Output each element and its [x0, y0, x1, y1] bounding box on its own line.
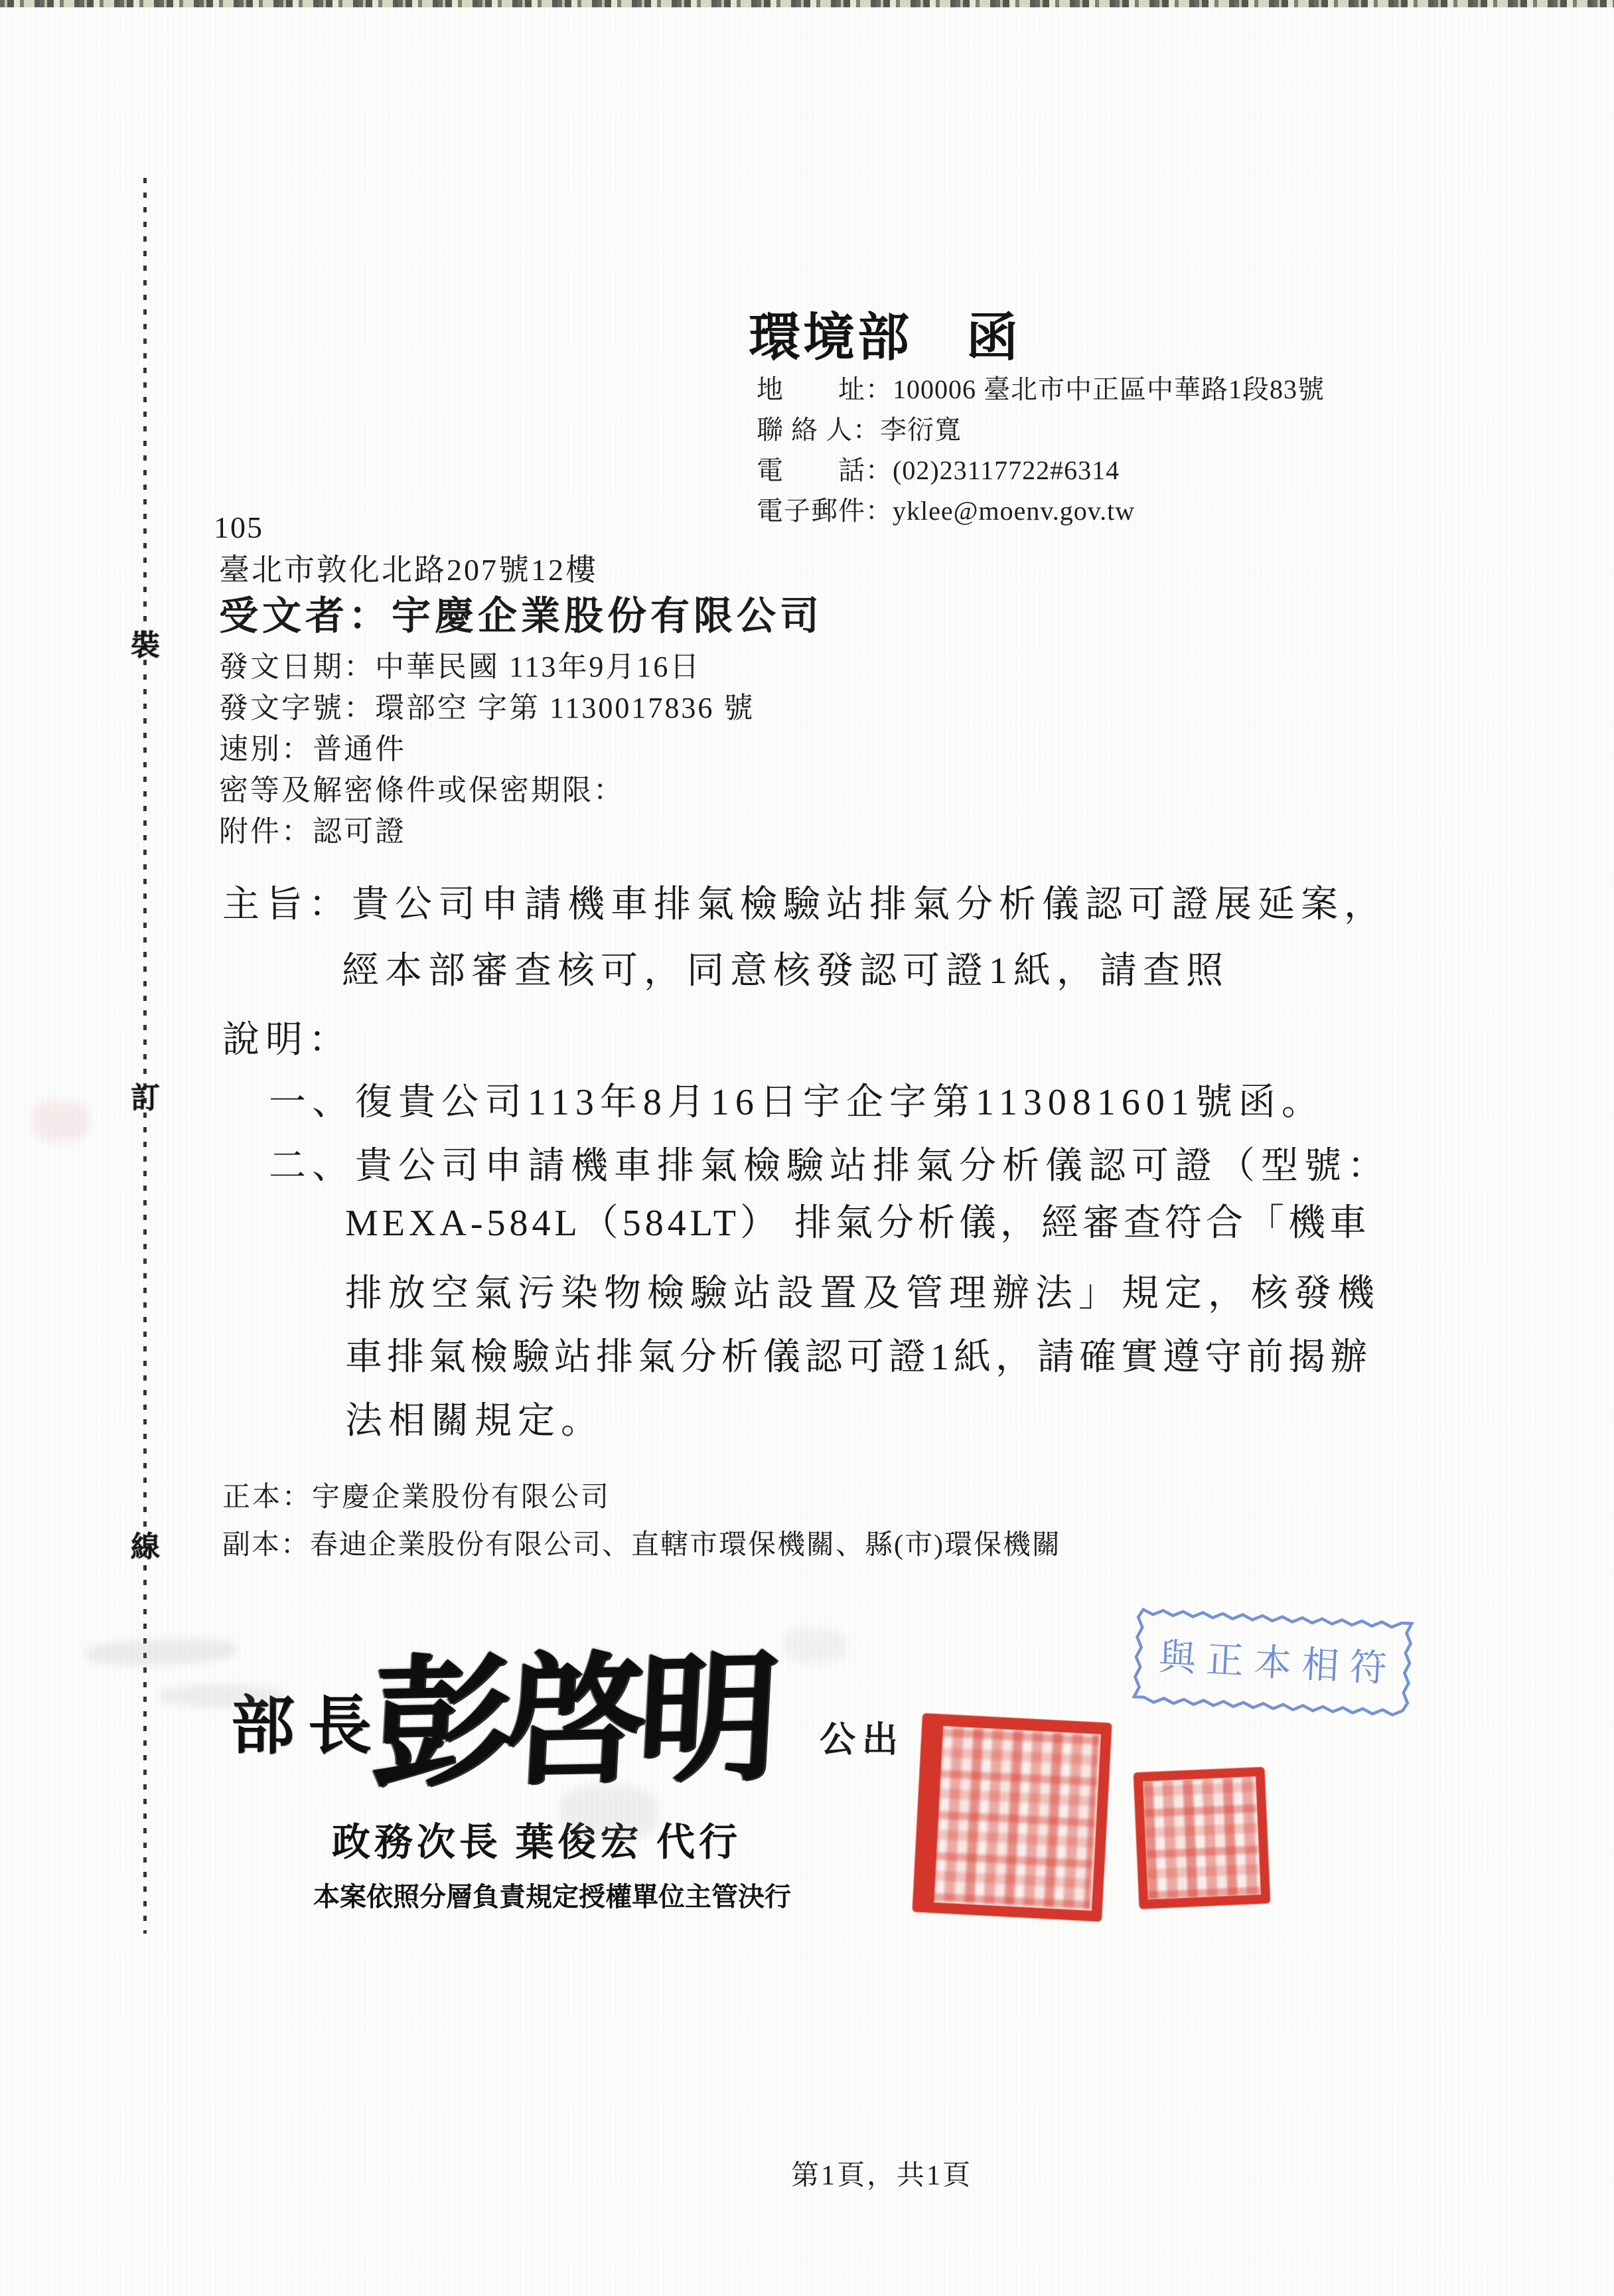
sender-email-line: 電子郵件：yklee@moenv.gov.tw: [757, 491, 1325, 531]
original-copy-line: 正本：宇慶企業股份有限公司: [222, 1475, 611, 1515]
explanation-item-2-line-2: MEXA-584L（584LT） 排氣分析儀，經審查符合「機車: [345, 1193, 1370, 1247]
explanation-item-2-line-3: 排放空氣污染物檢驗站設置及管理辦法」規定，核發機: [345, 1264, 1380, 1317]
recipient-zip: 105: [214, 510, 263, 545]
bleed-through-smudge: [783, 1628, 847, 1663]
priority-line: 速別：普通件: [219, 729, 755, 770]
explanation-heading: 說明：: [222, 1010, 352, 1063]
minister-away-note: 公出: [820, 1711, 905, 1762]
official-red-seal-large: [912, 1713, 1112, 1922]
bleed-through-smudge: [84, 1637, 238, 1667]
subject-line-2: 經本部審查核可，同意核發認可證1紙，請查照: [342, 941, 1229, 994]
recipient-line: 受文者：宇慶企業股份有限公司: [219, 584, 823, 641]
cc-copy-line: 副本：春迪企業股份有限公司、直轄市環保機關、縣(市)環保機關: [222, 1523, 1061, 1563]
scanned-letter-page: 裝 訂 線 環境部 函 地 址：100006 臺北市中正區中華路1段83號 聯 …: [0, 0, 1614, 2296]
attachment-line: 附件：認可證: [219, 811, 755, 852]
verification-stamp: 與正本相符: [1131, 1602, 1414, 1719]
binding-mark-xian: 線: [125, 1523, 166, 1565]
official-red-seal-small: [1134, 1767, 1271, 1909]
explanation-item-1: 一、復貴公司113年8月16日宇企字第113081601號函。: [269, 1073, 1325, 1126]
explanation-item-2-line-5: 法相關規定。: [345, 1391, 604, 1444]
red-seal-script-texture: [924, 1726, 1099, 1910]
binding-mark-zhuang: 裝: [125, 621, 166, 664]
bleed-through-smudge: [559, 1784, 658, 1841]
scan-artifact-top-edge: [0, 0, 1614, 7]
classification-line: 密等及解密條件或保密期限：: [219, 770, 755, 811]
binding-mark-ding: 訂: [125, 1074, 166, 1116]
binding-dashed-line: [143, 178, 147, 1934]
verification-stamp-text: 與正本相符: [1131, 1602, 1414, 1719]
minister-signature-calligraphy: 彭啓明: [368, 1604, 776, 1814]
sender-contact-block: 地 址：100006 臺北市中正區中華路1段83號 聯 絡 人：李衍寬 電 話：…: [757, 369, 1325, 531]
sender-address-line: 地 址：100006 臺北市中正區中華路1段83號: [757, 369, 1325, 410]
issue-date-line: 發文日期：中華民國 113年9月16日: [219, 647, 755, 688]
document-title: 環境部 函: [749, 296, 1021, 370]
subject-line-1: 主旨：貴公司申請機車排氣檢驗站排氣分析儀認可證展延案，: [222, 875, 1387, 928]
explanation-item-2-line-4: 車排氣檢驗站排氣分析儀認可證1紙，請確實遵守前揭辦: [345, 1328, 1372, 1381]
recipient-address: 臺北市敦化北路207號12樓: [219, 546, 598, 589]
page-number-footer: 第1頁，共1頁: [791, 2153, 972, 2193]
sender-phone-line: 電 話：(02)23117722#6314: [757, 450, 1325, 491]
document-meta-block: 發文日期：中華民國 113年9月16日 發文字號：環部空 字第 11300178…: [219, 647, 755, 852]
bleed-through-smudge: [158, 1685, 284, 1707]
deputy-signature-line: 政務次長 葉俊宏 代行: [332, 1811, 741, 1867]
reference-number-line: 發文字號：環部空 字第 1130017836 號: [219, 688, 755, 729]
authorization-note: 本案依照分層負責規定授權單位主管決行: [313, 1876, 791, 1914]
bleed-through-smudge: [32, 1101, 89, 1142]
sender-contact-person-line: 聯 絡 人：李衍寬: [757, 410, 1325, 450]
red-seal-script-texture: [1143, 1776, 1261, 1899]
explanation-item-2-line-1: 二、貴公司申請機車排氣檢驗站排氣分析儀認可證（型號：: [269, 1136, 1390, 1189]
